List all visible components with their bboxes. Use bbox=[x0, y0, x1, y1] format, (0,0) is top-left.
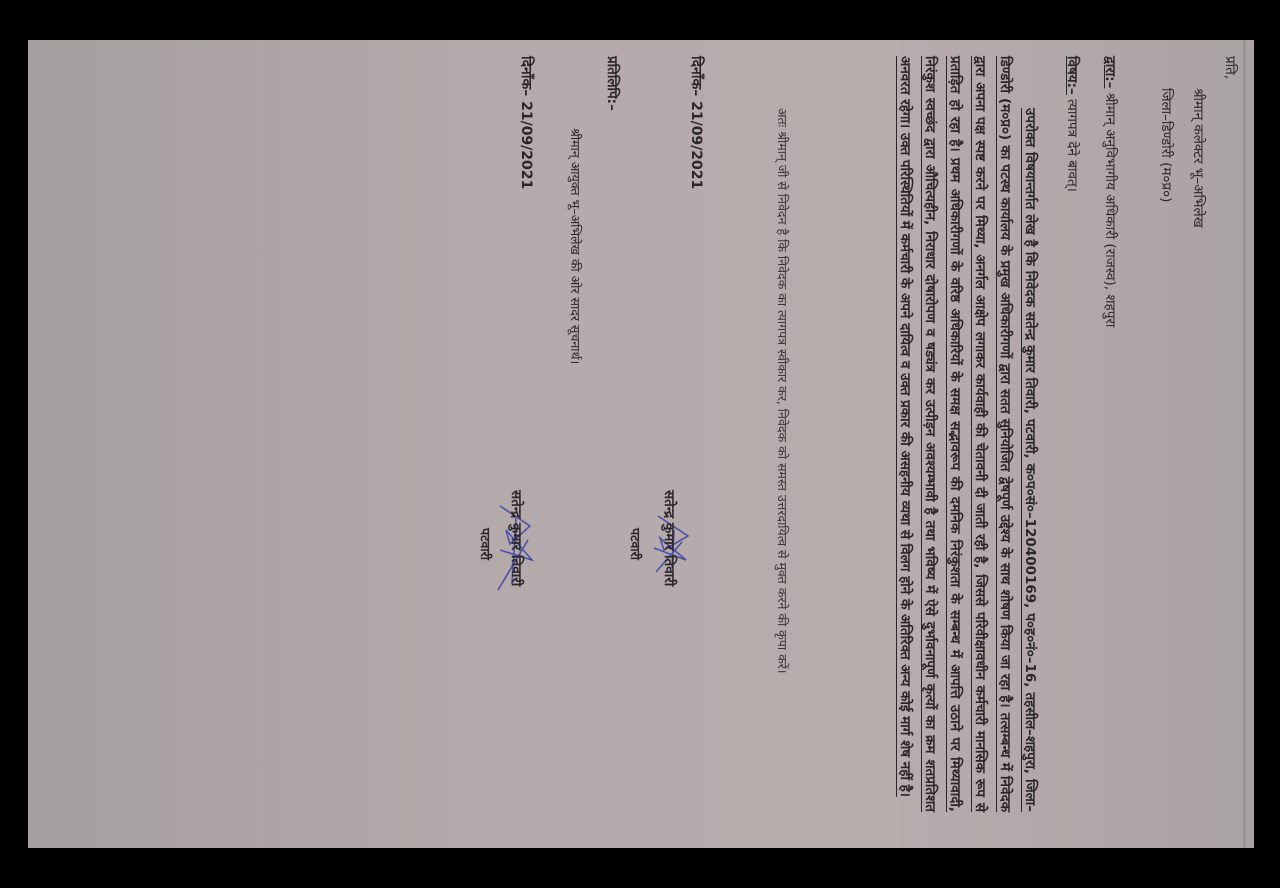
date-2: दिनाँक– 21/09/2021 bbox=[517, 56, 536, 189]
signatory-2-designation: पटवारी bbox=[477, 528, 494, 560]
via-label: द्वारा:– bbox=[1102, 56, 1118, 88]
signatory-2-name: सतेन्द्र कुमार तिवारी bbox=[508, 490, 526, 586]
date-1-label: दिनाँक– bbox=[688, 56, 704, 96]
date-2-label: दिनाँक– bbox=[518, 56, 534, 96]
date-1: दिनाँक– 21/09/2021 bbox=[687, 56, 706, 189]
via-text: श्रीमान् अनुविभागीय अधिकारी (राजस्व), शह… bbox=[1102, 88, 1118, 327]
letter-page: प्रति, श्रीमान् कलेक्टर भू–अभिलेख जिला–ड… bbox=[28, 40, 1254, 848]
request-paragraph: अतः श्रीमान् जी से निवेदन है कि निवेदक क… bbox=[768, 56, 796, 816]
subject-label: विषय:– bbox=[1064, 56, 1080, 95]
salutation: प्रति, bbox=[1222, 56, 1240, 79]
letter-body: उपरोक्त विषयान्तर्गत लेख है कि निवेदक सत… bbox=[892, 56, 1042, 812]
via-line: द्वारा:– श्रीमान् अनुविभागीय अधिकारी (रा… bbox=[1102, 56, 1120, 327]
signatory-1-name: सतेन्द्र कुमार तिवारी bbox=[661, 490, 679, 586]
addressee-line-1: श्रीमान् कलेक्टर भू–अभिलेख bbox=[1190, 88, 1208, 228]
date-1-value: 21/09/2021 bbox=[688, 101, 704, 189]
paper-crease bbox=[1243, 40, 1246, 848]
subject-text: त्यागपत्र देने बावत्। bbox=[1064, 95, 1080, 192]
copy-to-text: श्रीमान् आयुक्त भू–अभिलेख की ओर सादर सूच… bbox=[567, 128, 584, 364]
letter-body-text: उपरोक्त विषयान्तर्गत लेख है कि निवेदक सत… bbox=[897, 56, 1038, 812]
subject-line: विषय:– त्यागपत्र देने बावत्। bbox=[1064, 56, 1082, 192]
copy-to-label: प्रतिलिपि:– bbox=[604, 56, 622, 111]
request-text: अतः श्रीमान् जी से निवेदन है कि निवेदक क… bbox=[775, 108, 790, 674]
document-photo: प्रति, श्रीमान् कलेक्टर भू–अभिलेख जिला–ड… bbox=[28, 40, 1254, 848]
signatory-1-designation: पटवारी bbox=[627, 528, 644, 560]
date-2-value: 21/09/2021 bbox=[518, 101, 534, 189]
addressee-line-2: जिला–डिण्डोरी (म०प्र०) bbox=[1158, 88, 1176, 202]
